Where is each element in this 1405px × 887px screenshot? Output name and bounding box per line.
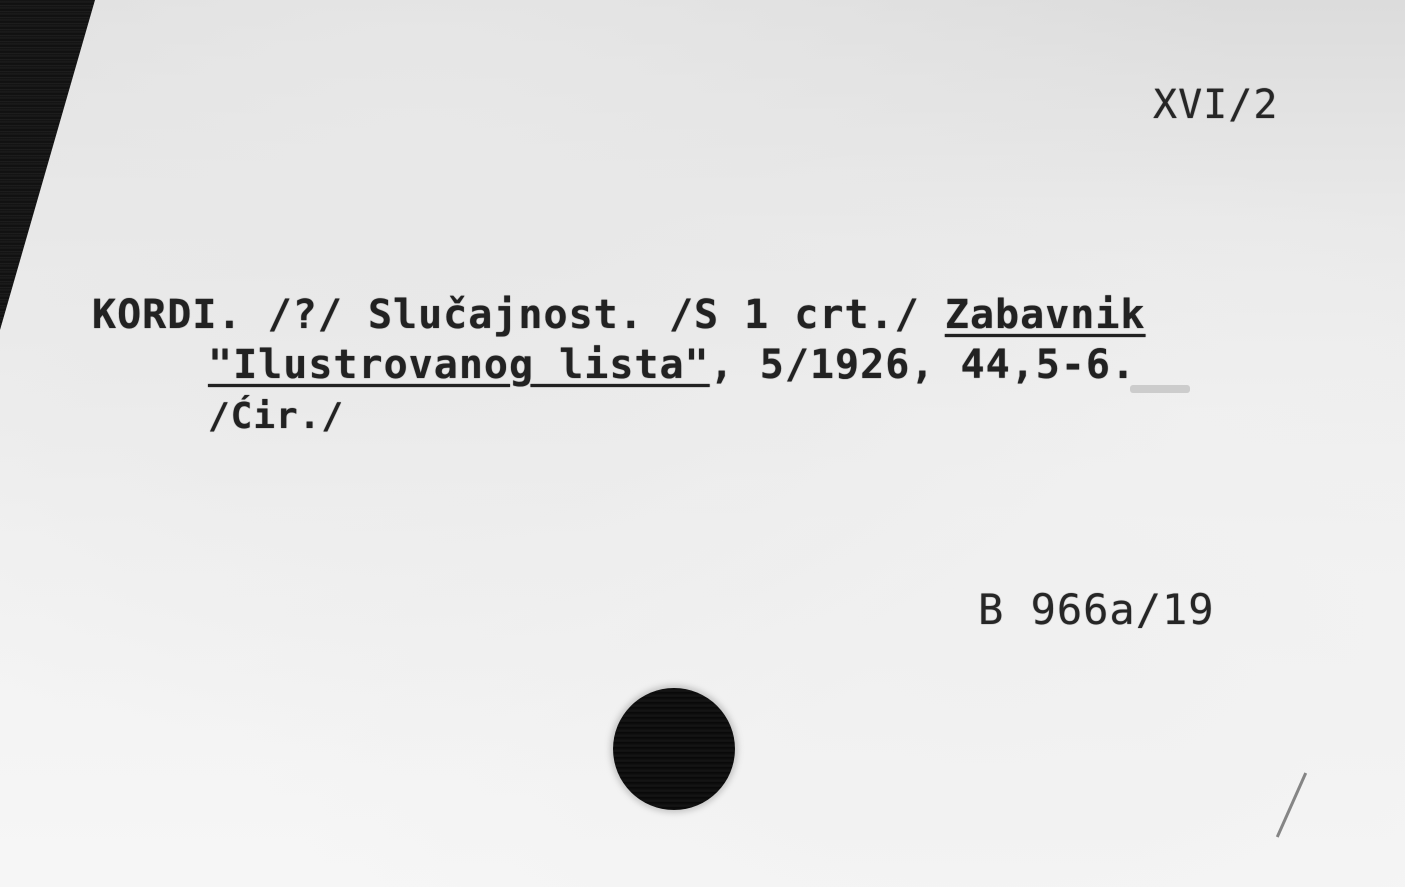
catalog-card: XVI/2 KORDI. /?/ Slučajnost. /S 1 crt./ … [0,0,1405,887]
entry-line-2: "Ilustrovanog lista", 5/1926, 44,5-6. [208,342,1136,388]
entry-line-3: /Ćir./ [208,396,344,437]
author: KORDI. [92,292,243,338]
pages: 44,5-6. [960,342,1136,388]
author-note: /?/ [268,292,343,338]
classification-mark: XVI/2 [1153,82,1278,128]
shelfmark: B 966a/19 [978,585,1215,634]
script-note: /Ćir./ [208,396,344,437]
issue-info: , 5/1926, [710,342,936,388]
source-title-part-2: "Ilustrovanog lista" [208,342,710,388]
pencil-smudge [1130,385,1190,393]
source-title-part-1: Zabavnik [945,292,1146,338]
pencil-mark [1276,772,1307,837]
physical-description: /S 1 crt./ [669,292,920,338]
scan-edge-shadow [0,0,100,887]
punch-hole [613,688,735,810]
work-title: Slučajnost. [368,292,644,338]
entry-line-1: KORDI. /?/ Slučajnost. /S 1 crt./ Zabavn… [92,292,1146,338]
